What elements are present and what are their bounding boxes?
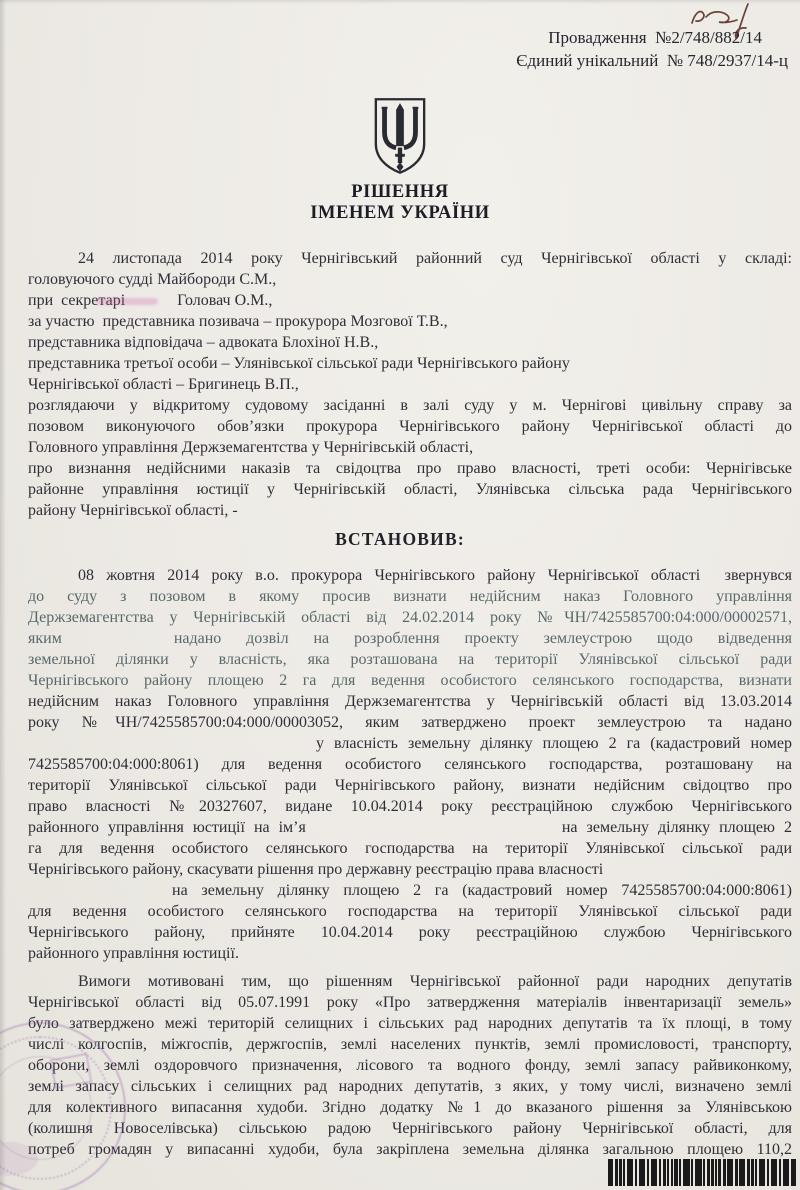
body-line redacted-gap-line: у власність земельну ділянку площею 2 га… bbox=[28, 733, 792, 754]
body-line: потреб громадян у випасанні худоби, була… bbox=[28, 1139, 792, 1160]
title-line-1: РІШЕННЯ bbox=[0, 182, 800, 203]
body-line redacted-gap-line: районного управління юстиції на ім’я на … bbox=[28, 817, 792, 838]
body-line: Чернігівського району, скасувати рішення… bbox=[28, 859, 792, 880]
body-line: 08 жовтня 2014 року в.о. прокурора Черні… bbox=[28, 565, 792, 586]
body-line: Вимоги мотивовані тим, що рішенням Черні… bbox=[28, 971, 792, 992]
body-line: недійсним наказ Головного управління Дер… bbox=[28, 691, 792, 712]
body-line: га для ведення особистого селянського го… bbox=[28, 838, 792, 859]
intro-line: при секретарі Головач О.М., bbox=[28, 290, 792, 311]
intro-line: 24 листопада 2014 року Чернігівський рай… bbox=[28, 248, 792, 269]
body-line: районного управління юстиції. bbox=[28, 943, 792, 964]
intro-line: району Чернігівської області, - bbox=[28, 500, 792, 521]
body-line: числі колгоспів, міжгоспів, держгоспів, … bbox=[28, 1034, 792, 1055]
body-line: до суду з позовом в якому просив визнати… bbox=[28, 586, 792, 607]
body-line: земельної ділянки у власність, яка розта… bbox=[28, 649, 792, 670]
proceeding-number: Провадження №2/748/882/14 bbox=[516, 26, 762, 49]
intro-section: 24 листопада 2014 року Чернігівський рай… bbox=[28, 248, 792, 521]
barcode bbox=[608, 1159, 796, 1186]
body-line: території Улянівської сільської ради Чер… bbox=[28, 775, 792, 796]
intro-line: розглядаючи у відкритому судовому засіда… bbox=[28, 395, 792, 416]
intro-line: про визнання недійсними наказів та свідо… bbox=[28, 458, 792, 479]
body-line: Чернігівської області від 05.07.1991 рок… bbox=[28, 992, 792, 1013]
body-line: оборони, землі оздоровчого призначення, … bbox=[28, 1055, 792, 1076]
intro-line: районне управління юстиції у Чернігівськ… bbox=[28, 479, 792, 500]
intro-line: Головного управління Держземагентства у … bbox=[28, 437, 792, 458]
claims-paragraph: 08 жовтня 2014 року в.о. прокурора Черні… bbox=[28, 565, 792, 964]
body-line: Держземагентства у Чернігівській області… bbox=[28, 607, 792, 628]
body-line: (колишня Новоселівська) сільською радою … bbox=[28, 1118, 792, 1139]
document-page: Провадження №2/748/882/14 Єдиний унікаль… bbox=[0, 0, 800, 1190]
body-line: право власності №20327607, видане 10.04.… bbox=[28, 796, 792, 817]
body-line: для ведення особистого селянського госпо… bbox=[28, 901, 792, 922]
intro-line: Чернігівської області – Бригинець В.П., bbox=[28, 374, 792, 395]
body-line redacted-gap-line: яким надано дозвіл на розроблення проект… bbox=[28, 628, 792, 649]
intro-line: головуючого судді Майбороди С.М., bbox=[28, 269, 792, 290]
body-line: Чернігівського району, прийняте 10.04.20… bbox=[28, 922, 792, 943]
title-line-2: ІМЕНЕМ УКРАЇНИ bbox=[0, 203, 800, 224]
body-line redacted-gap-line: на земельну ділянку площею 2 га (кадастр… bbox=[28, 880, 792, 901]
motivation-paragraph: Вимоги мотивовані тим, що рішенням Черні… bbox=[28, 971, 792, 1160]
body-line: Чернігівського району площею 2 га для ве… bbox=[28, 670, 792, 691]
body-line: року №ЧН/7425585700:04:000/00003052, яки… bbox=[28, 712, 792, 733]
intro-line: представника відповідача – адвоката Блох… bbox=[28, 332, 792, 353]
coat-of-arms-icon bbox=[371, 95, 429, 177]
unique-number: Єдиний унікальний № 748/2937/14-ц bbox=[516, 49, 788, 72]
document-title: РІШЕННЯ ІМЕНЕМ УКРАЇНИ bbox=[0, 182, 800, 224]
body-line: землі запасу сільських і селищних рад на… bbox=[28, 1076, 792, 1097]
established-heading: ВСТАНОВИВ: bbox=[0, 529, 800, 550]
case-numbers: Провадження №2/748/882/14 Єдиний унікаль… bbox=[516, 26, 788, 72]
intro-line: представника третьої особи – Улянівської… bbox=[28, 353, 792, 374]
intro-line: за участю представника позивача – прокур… bbox=[28, 311, 792, 332]
intro-line: позовом виконуючого обов’язки прокурора … bbox=[28, 416, 792, 437]
body-line: для колективного випасання худоби. Згідн… bbox=[28, 1097, 792, 1118]
body-line: 7425585700:04:000:8061) для ведення особ… bbox=[28, 754, 792, 775]
body-line: було затверджено межі територій селищних… bbox=[28, 1013, 792, 1034]
